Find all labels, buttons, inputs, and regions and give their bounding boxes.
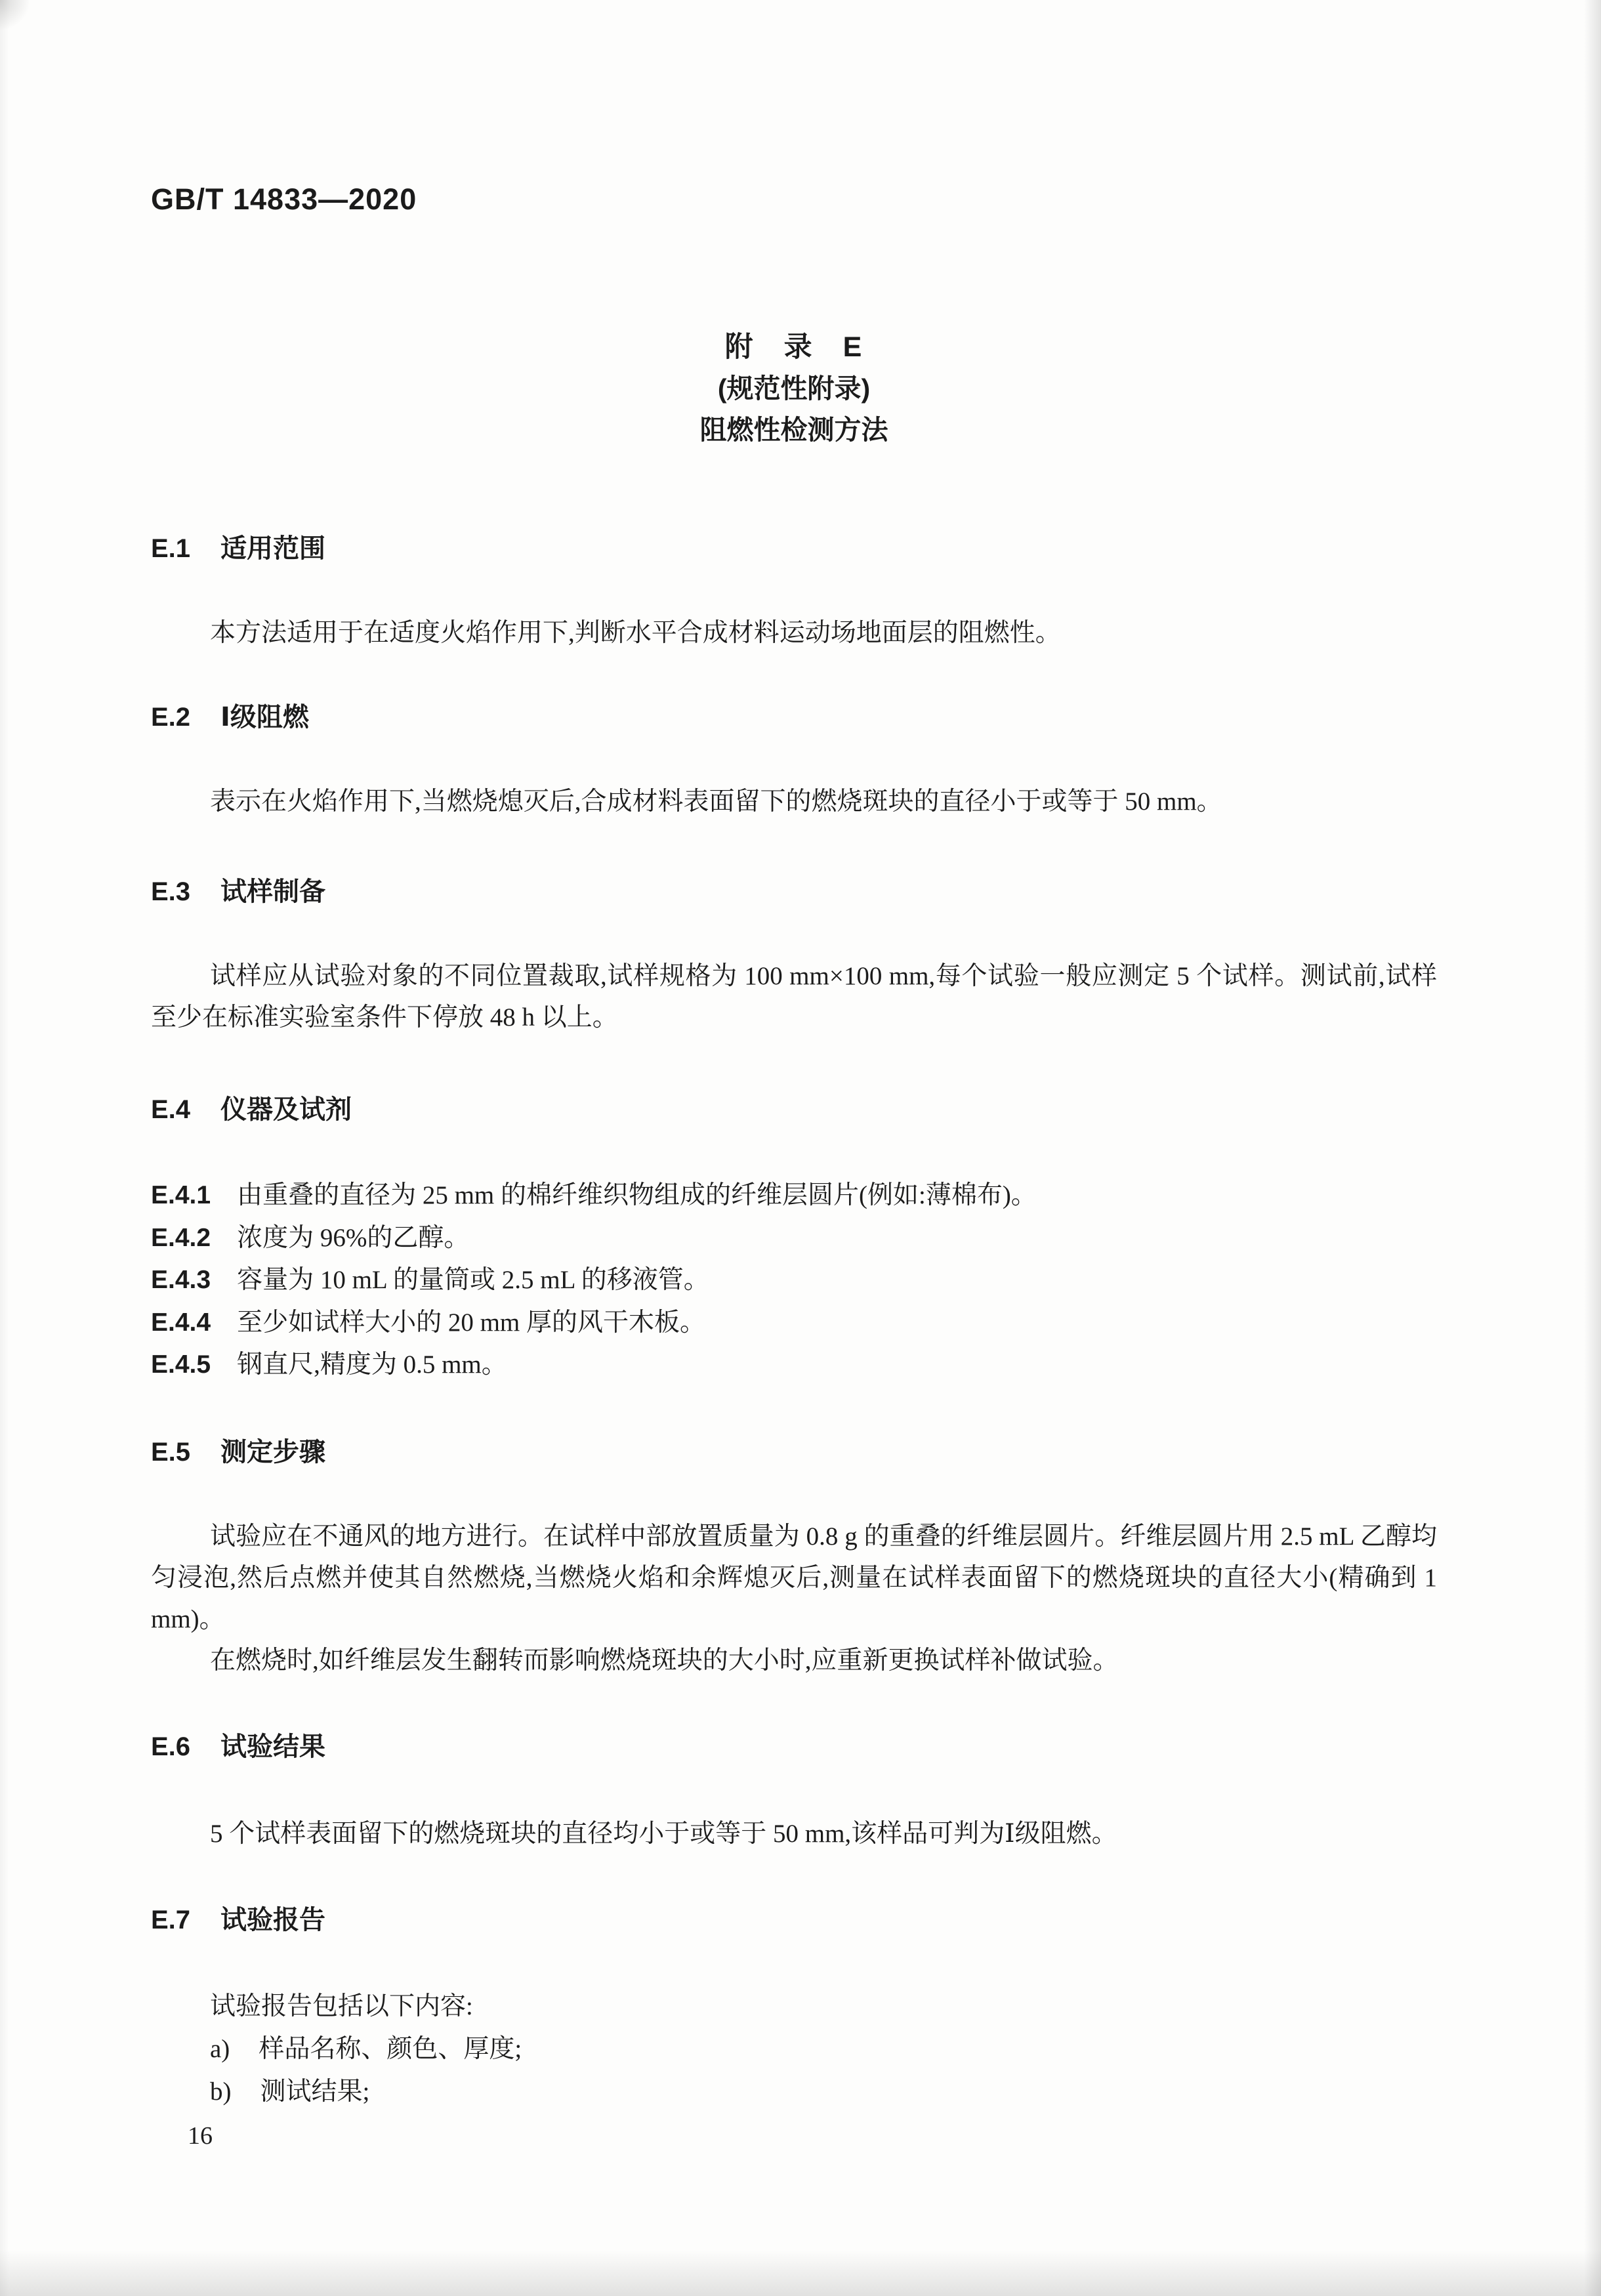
report-list-item-a: a)样品名称、颜色、厚度; [151,2028,1496,2070]
section-heading-e2: E.2Ⅰ级阻燃 [151,697,1437,738]
appendix-title-block: 附 录 E (规范性附录) 阻燃性检测方法 [151,327,1437,451]
list-marker: b) [210,2071,232,2112]
clause-e4-5: E.4.5钢直尺,精度为 0.5 mm。 [151,1344,1437,1386]
section-id: E.2 [151,697,190,738]
section-heading-e1: E.1适用范围 [151,528,1437,570]
section-title: Ⅰ级阻燃 [220,697,309,738]
section-e6-paragraph: 5 个试样表面留下的燃烧斑块的直径均小于或等于 50 mm,该样品可判为Ⅰ级阻燃… [151,1813,1437,1854]
appendix-title: 附 录 E [151,327,1437,368]
section-heading-e6: E.6试验结果 [151,1726,1437,1768]
appendix-subtitle-method: 阻燃性检测方法 [151,409,1437,451]
section-heading-e7: E.7试验报告 [151,1900,1437,1941]
section-title: 试验报告 [220,1900,325,1941]
clause-id: E.4.1 [151,1175,211,1217]
section-id: E.1 [151,528,190,570]
clause-id: E.4.3 [151,1259,211,1301]
report-list-item-b: b)测试结果; [151,2071,1496,2112]
clause-text: 至少如试样大小的 20 mm 厚的风干木板。 [237,1302,705,1344]
section-heading-e3: E.3试样制备 [151,871,1437,913]
section-id: E.4 [151,1089,190,1131]
clause-e4-1: E.4.1由重叠的直径为 25 mm 的棉纤维织物组成的纤维层圆片(例如:薄棉布… [151,1175,1437,1217]
clause-e4-2: E.4.2浓度为 96%的乙醇。 [151,1217,1437,1259]
section-e5-paragraph-1: 试验应在不通风的地方进行。在试样中部放置质量为 0.8 g 的重叠的纤维层圆片。… [151,1516,1437,1640]
list-marker: a) [210,2028,230,2070]
clause-text: 浓度为 96%的乙醇。 [237,1217,469,1259]
section-e3-paragraph: 试样应从试验对象的不同位置裁取,试样规格为 100 mm×100 mm,每个试验… [151,955,1437,1038]
standard-code-header: GB/T 14833—2020 [151,182,1437,217]
section-heading-e4: E.4仪器及试剂 [151,1089,1437,1131]
list-text: 样品名称、颜色、厚度; [259,2028,522,2070]
appendix-subtitle-normative: (规范性附录) [151,368,1437,409]
section-title: 试验结果 [220,1726,325,1768]
clause-e4-3: E.4.3容量为 10 mL 的量筒或 2.5 mL 的移液管。 [151,1259,1437,1301]
page-number: 16 [188,2121,213,2150]
section-title: 仪器及试剂 [220,1089,352,1131]
section-id: E.6 [151,1726,190,1768]
list-text: 测试结果; [260,2071,370,2112]
clause-text: 由重叠的直径为 25 mm 的棉纤维织物组成的纤维层圆片(例如:薄棉布)。 [237,1175,1037,1217]
section-e7-intro: 试验报告包括以下内容: [151,1986,1437,2027]
section-title: 测定步骤 [220,1432,325,1473]
section-e2-paragraph: 表示在火焰作用下,当燃烧熄灭后,合成材料表面留下的燃烧斑块的直径小于或等于 50… [151,781,1437,822]
clause-id: E.4.4 [151,1302,211,1344]
section-title: 适用范围 [220,528,325,570]
section-id: E.5 [151,1432,190,1473]
section-title: 试样制备 [220,871,325,913]
clause-text: 钢直尺,精度为 0.5 mm。 [237,1344,507,1386]
section-e1-paragraph: 本方法适用于在适度火焰作用下,判断水平合成材料运动场地面层的阻燃性。 [151,612,1437,654]
document-page: GB/T 14833—2020 附 录 E (规范性附录) 阻燃性检测方法 E.… [0,0,1601,2296]
section-heading-e5: E.5测定步骤 [151,1432,1437,1473]
clause-id: E.4.2 [151,1217,211,1259]
clause-id: E.4.5 [151,1344,211,1386]
section-e5-paragraph-2: 在燃烧时,如纤维层发生翻转而影响燃烧斑块的大小时,应重新更换试样补做试验。 [151,1640,1437,1681]
clause-text: 容量为 10 mL 的量筒或 2.5 mL 的移液管。 [237,1259,709,1301]
section-id: E.3 [151,871,190,913]
section-id: E.7 [151,1900,190,1941]
clause-e4-4: E.4.4至少如试样大小的 20 mm 厚的风干木板。 [151,1302,1437,1344]
